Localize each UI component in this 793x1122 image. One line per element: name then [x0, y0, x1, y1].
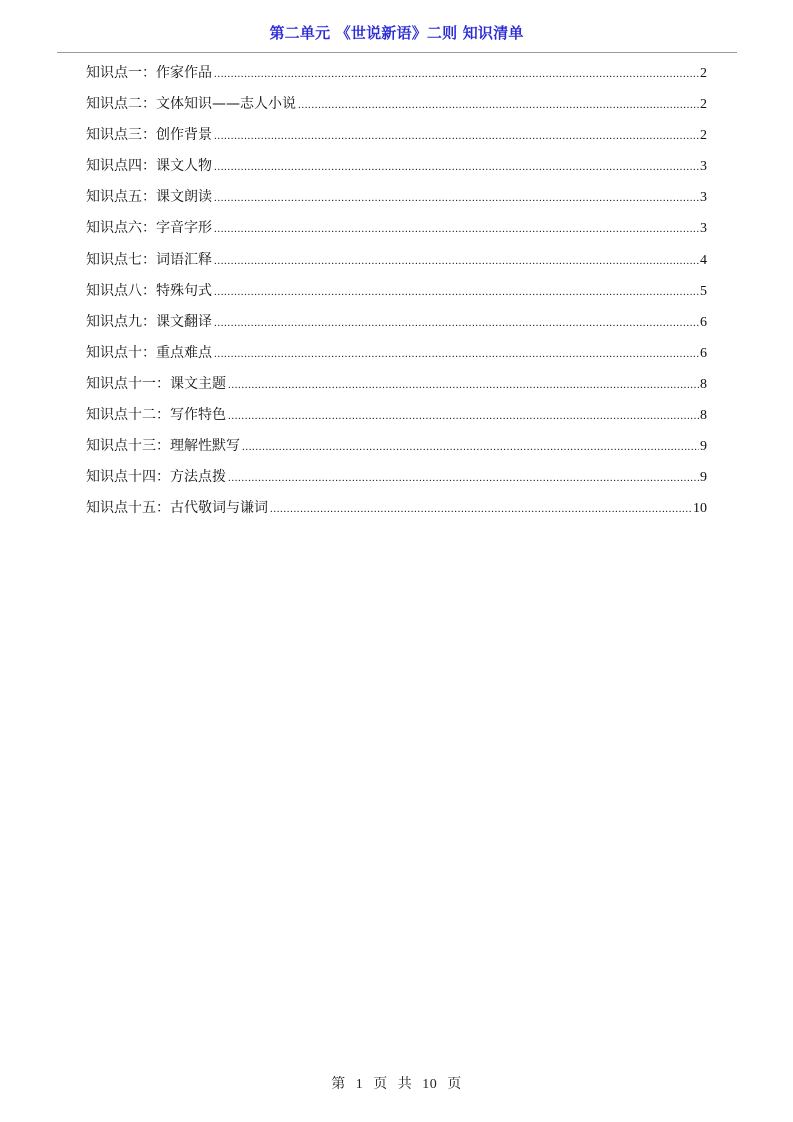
- toc-entry-label[interactable]: 知识点六：字音字形: [86, 215, 212, 241]
- page-header-title: 第二单元 《世说新语》二则 知识清单: [0, 22, 793, 44]
- toc-entry-label[interactable]: 知识点二：文体知识——志人小说: [86, 91, 296, 117]
- toc-dot-leader: [214, 123, 699, 149]
- toc-entry-label[interactable]: 知识点三：创作背景: [86, 122, 212, 148]
- toc-entry[interactable]: 知识点十二：写作特色 8: [86, 402, 707, 433]
- toc-dot-leader: [214, 216, 699, 242]
- toc-entry-page[interactable]: 8: [700, 372, 707, 398]
- toc-dot-leader: [242, 434, 699, 460]
- toc-entry-page[interactable]: 5: [700, 279, 707, 305]
- toc-entry-page[interactable]: 2: [700, 61, 707, 87]
- toc-entry-label[interactable]: 知识点十一：课文主题: [86, 371, 226, 397]
- toc-dot-leader: [214, 248, 699, 274]
- toc-dot-leader: [228, 403, 699, 429]
- toc-entry[interactable]: 知识点八：特殊句式 5: [86, 278, 707, 309]
- toc-entry[interactable]: 知识点六：字音字形 3: [86, 215, 707, 246]
- toc-entry-label[interactable]: 知识点四：课文人物: [86, 153, 212, 179]
- toc-dot-leader: [214, 279, 699, 305]
- toc-entry[interactable]: 知识点十三：理解性默写 9: [86, 433, 707, 464]
- toc-entry-label[interactable]: 知识点八：特殊句式: [86, 278, 212, 304]
- toc-entry[interactable]: 知识点十：重点难点 6: [86, 340, 707, 371]
- toc-entry-label[interactable]: 知识点十二：写作特色: [86, 402, 226, 428]
- toc-entry-page[interactable]: 3: [700, 216, 707, 242]
- toc-entry[interactable]: 知识点九：课文翻译 6: [86, 309, 707, 340]
- toc-entry[interactable]: 知识点十五：古代敬词与谦词 10: [86, 495, 707, 526]
- toc-entry-label[interactable]: 知识点五：课文朗读: [86, 184, 212, 210]
- toc-entry-page[interactable]: 9: [700, 465, 707, 491]
- toc-dot-leader: [214, 185, 699, 211]
- toc-entry-page[interactable]: 3: [700, 185, 707, 211]
- toc-dot-leader: [214, 154, 699, 180]
- toc-dot-leader: [228, 465, 699, 491]
- toc-entry-page[interactable]: 3: [700, 154, 707, 180]
- toc-dot-leader: [214, 61, 699, 87]
- toc-entry[interactable]: 知识点十四：方法点拨 9: [86, 464, 707, 495]
- toc-entry[interactable]: 知识点四：课文人物 3: [86, 153, 707, 184]
- toc-entry-page[interactable]: 9: [700, 434, 707, 460]
- toc-entry-page[interactable]: 6: [700, 341, 707, 367]
- page-footer-page-number: 第 1 页 共 10 页: [0, 1073, 793, 1093]
- toc-entry-page[interactable]: 8: [700, 403, 707, 429]
- toc-dot-leader: [214, 310, 699, 336]
- toc-entry[interactable]: 知识点一：作家作品 2: [86, 60, 707, 91]
- toc-entry-label[interactable]: 知识点一：作家作品: [86, 60, 212, 86]
- toc-entry-page[interactable]: 2: [700, 92, 707, 118]
- toc-entry-label[interactable]: 知识点十五：古代敬词与谦词: [86, 495, 268, 521]
- table-of-contents: 知识点一：作家作品 2 知识点二：文体知识——志人小说 2 知识点三：创作背景 …: [86, 60, 707, 526]
- toc-entry-label[interactable]: 知识点十：重点难点: [86, 340, 212, 366]
- toc-entry-label[interactable]: 知识点七：词语汇释: [86, 247, 212, 273]
- toc-entry[interactable]: 知识点十一：课文主题 8: [86, 371, 707, 402]
- toc-entry[interactable]: 知识点二：文体知识——志人小说 2: [86, 91, 707, 122]
- toc-entry-page[interactable]: 6: [700, 310, 707, 336]
- toc-dot-leader: [228, 372, 699, 398]
- toc-entry[interactable]: 知识点七：词语汇释 4: [86, 247, 707, 278]
- toc-entry-label[interactable]: 知识点九：课文翻译: [86, 309, 212, 335]
- toc-entry-page[interactable]: 4: [700, 248, 707, 274]
- toc-dot-leader: [298, 92, 699, 118]
- toc-entry-label[interactable]: 知识点十三：理解性默写: [86, 433, 240, 459]
- toc-entry-page[interactable]: 10: [693, 496, 707, 522]
- toc-dot-leader: [214, 341, 699, 367]
- toc-entry-page[interactable]: 2: [700, 123, 707, 149]
- toc-entry-label[interactable]: 知识点十四：方法点拨: [86, 464, 226, 490]
- header-divider: [57, 52, 737, 53]
- toc-entry[interactable]: 知识点五：课文朗读 3: [86, 184, 707, 215]
- toc-dot-leader: [270, 496, 692, 522]
- toc-entry[interactable]: 知识点三：创作背景 2: [86, 122, 707, 153]
